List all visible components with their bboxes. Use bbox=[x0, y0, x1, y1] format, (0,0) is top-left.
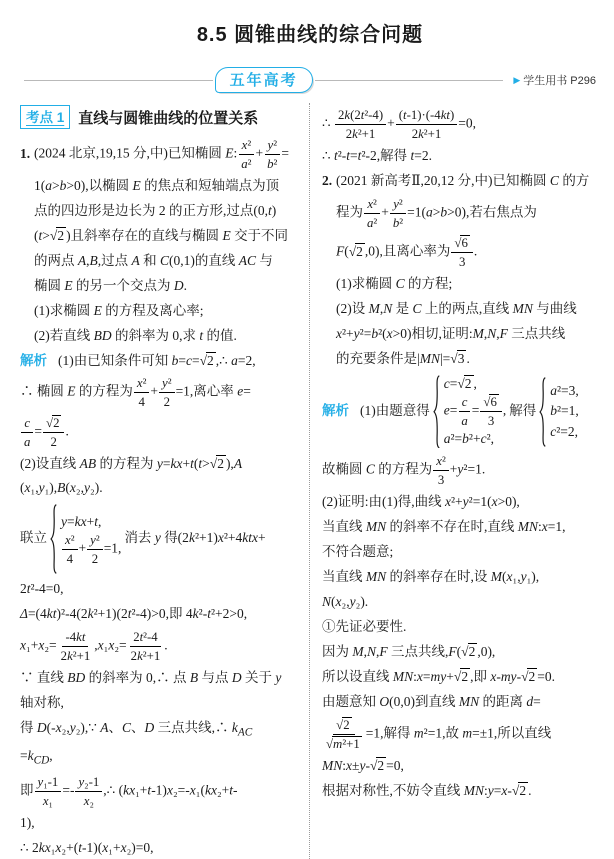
text-line: 当直线 MN 的斜率不存在时,直线 MN:x=1, bbox=[322, 517, 600, 538]
student-book-ref: ▶ 学生用书 P296 bbox=[513, 72, 596, 88]
student-book-ref-text: 学生用书 P296 bbox=[523, 72, 596, 88]
text-line: 1(a>b>0),以椭圆 E 的焦点和短轴端点为顶 bbox=[20, 176, 299, 197]
square-root: √2 bbox=[46, 416, 61, 431]
square-root: √2 bbox=[336, 718, 351, 733]
brace-icon bbox=[539, 377, 546, 447]
equation-system: y=kx+t,x²4+y²2=1, bbox=[50, 503, 121, 575]
square-root: √2 bbox=[521, 669, 537, 685]
text-line: 解析(1)由题意得c=√2,e=ca=√63,a²=b²+c²,解得a²=3,b… bbox=[322, 374, 600, 450]
brace-icon bbox=[433, 375, 440, 449]
text-line: ca=√22. bbox=[20, 415, 299, 450]
fraction: √63 bbox=[451, 235, 472, 270]
square-root: √2 bbox=[349, 244, 365, 260]
text-line: 联立y=kx+t,x²4+y²2=1,消去 y 得(2k²+1)x²+4ktx+ bbox=[20, 503, 299, 575]
text-line: (2)设直线 AB 的方程为 y=kx+t(t>√2),A bbox=[20, 454, 299, 475]
text-line: 程为x²a²+y²b²=1(a>b>0),若右焦点为 bbox=[322, 196, 600, 231]
square-root: √6 bbox=[454, 236, 469, 251]
square-root: √2 bbox=[457, 376, 473, 392]
square-root: √m²+1 bbox=[326, 737, 362, 752]
square-root: √2 bbox=[461, 644, 477, 660]
equation-system: a²=3,b²=1,c²=2, bbox=[539, 376, 579, 448]
square-root: √2 bbox=[370, 758, 386, 774]
text-line: 解析(1)由已知条件可知 b=c=√2,∴ a=2, bbox=[20, 351, 299, 372]
fraction: y²b² bbox=[390, 196, 406, 231]
jiexi-label: 解析 bbox=[20, 353, 47, 368]
text-line: (1)求椭圆 E 的方程及离心率; bbox=[20, 301, 299, 322]
text-line: 得 D(-x₂,y₂),∵ A、C、D 三点共线,∴ kAC bbox=[20, 718, 299, 742]
square-root: √2 bbox=[210, 456, 226, 472]
text-line: ∴ t²-t=t²-2,解得 t=2. bbox=[322, 146, 600, 167]
fraction: √63 bbox=[480, 394, 501, 429]
text-line: 2.(2021 新高考Ⅱ,20,12 分,中)已知椭圆 C 的方 bbox=[322, 171, 600, 192]
text-line: 即y₁-1x₁=-y₂-1x₂,∴ (kx₁+t-1)x₂=-x₁(kx₂+t- bbox=[20, 774, 299, 809]
text-line: ∴ 2k(2t²-4)2k²+1+(t-1)·(-4kt)2k²+1=0, bbox=[322, 107, 600, 142]
text-line: N(x₂,y₂). bbox=[322, 592, 600, 613]
square-root: √2 bbox=[50, 228, 66, 244]
fraction: 2t²-42k²+1 bbox=[128, 629, 164, 664]
fraction: x²a² bbox=[364, 196, 380, 231]
two-column-layout: 考点 1 直线与圆锥曲线的位置关系 1.(2024 北京,19,15 分,中)已… bbox=[20, 103, 600, 859]
jiexi-label: 解析 bbox=[322, 403, 349, 418]
arrow-icon: ▶ bbox=[513, 75, 520, 86]
text-line: (2)设 M,N 是 C 上的两点,直线 MN 与曲线 bbox=[322, 299, 600, 320]
text-line: ①先证必要性. bbox=[322, 617, 600, 638]
fraction: 2k(2t²-4)2k²+1 bbox=[335, 107, 386, 142]
text-line: 因为 M,N,F 三点共线,F(√2,0), bbox=[322, 642, 600, 663]
fraction: (t-1)·(-4kt)2k²+1 bbox=[396, 107, 458, 142]
text-line: 1), bbox=[20, 813, 299, 834]
text-line: 轴对称, bbox=[20, 693, 299, 714]
text-line: 所以设直线 MN:x=my+√2,即 x-my-√2=0. bbox=[322, 667, 600, 688]
text-line: 的充要条件是|MN|=√3. bbox=[322, 349, 600, 370]
kaodian-header: 考点 1 直线与圆锥曲线的位置关系 bbox=[20, 105, 299, 129]
equation-system: c=√2,e=ca=√63,a²=b²+c², bbox=[433, 374, 506, 450]
text-line: (t>√2)且斜率存在的直线与椭圆 E 交于不同 bbox=[20, 226, 299, 247]
text-line: 根据对称性,不妨令直线 MN:y=x-√2. bbox=[322, 781, 600, 802]
text-line: 的两点 A,B,过点 A 和 C(0,1)的直线 AC 与 bbox=[20, 251, 299, 272]
square-root: √2 bbox=[454, 669, 470, 685]
text-line: ∴ 椭圆 E 的方程为x²4+y²2=1,离心率 e= bbox=[20, 375, 299, 410]
text-line: ∴ 2kx₁x₂+(t-1)(x₁+x₂)=0, bbox=[20, 838, 299, 859]
text-line: F(√2,0),且离心率为√63. bbox=[322, 235, 600, 270]
textbook-page: 8.5 圆锥曲线的综合问题 五年高考 ▶ 学生用书 P296 考点 1 直线与圆… bbox=[0, 0, 614, 859]
page-title: 8.5 圆锥曲线的综合问题 bbox=[20, 18, 600, 47]
fraction: x²4 bbox=[134, 375, 150, 410]
fraction: x²4 bbox=[62, 532, 78, 567]
left-column: 考点 1 直线与圆锥曲线的位置关系 1.(2024 北京,19,15 分,中)已… bbox=[20, 103, 310, 859]
text-line: √2√m²+1=1,解得 m²=1,故 m=±1,所以直线 bbox=[322, 717, 600, 752]
fraction: y²b² bbox=[264, 137, 280, 172]
text-line: 2t²-4=0, bbox=[20, 579, 299, 600]
text-line: 点的四边形是边长为 2 的正方形,过点(0,t) bbox=[20, 201, 299, 222]
square-root: √3 bbox=[450, 351, 466, 367]
fraction: y²2 bbox=[87, 532, 103, 567]
text-line: (1)求椭圆 C 的方程; bbox=[322, 274, 600, 295]
right-column: ∴ 2k(2t²-4)2k²+1+(t-1)·(-4kt)2k²+1=0,∴ t… bbox=[310, 103, 600, 859]
section-banner: 五年高考 ▶ 学生用书 P296 bbox=[24, 67, 596, 93]
fraction: √22 bbox=[43, 415, 64, 450]
text-line: MN:x±y-√2=0, bbox=[322, 756, 600, 777]
problem-number: 1. bbox=[20, 144, 34, 165]
banner-rule-left bbox=[24, 80, 213, 81]
problem-number: 2. bbox=[322, 171, 336, 192]
text-line: 由题意知 O(0,0)到直线 MN 的距离 d= bbox=[322, 692, 600, 713]
text-line: =kCD, bbox=[20, 746, 299, 770]
brace-icon bbox=[50, 504, 57, 574]
banner-badge: 五年高考 bbox=[215, 67, 313, 93]
text-line: (2)证明:由(1)得,曲线 x²+y²=1(x>0), bbox=[322, 492, 600, 513]
fraction: y²2 bbox=[159, 375, 175, 410]
banner-rule-right bbox=[315, 80, 504, 81]
text-line: ∵ 直线 BD 的斜率为 0,∴ 点 B 与点 D 关于 y bbox=[20, 668, 299, 689]
fraction: ca bbox=[458, 394, 470, 429]
text-line: x₁+x₂=-4kt2k²+1,x₁x₂=2t²-42k²+1. bbox=[20, 629, 299, 664]
square-root: √2 bbox=[512, 783, 528, 799]
kaodian-tag: 考点 1 bbox=[20, 105, 70, 129]
text-line: 1.(2024 北京,19,15 分,中)已知椭圆 E:x²a²+y²b²= bbox=[20, 137, 299, 172]
text-line: 故椭圆 C 的方程为x²3+y²=1. bbox=[322, 453, 600, 488]
fraction: y₁-1x₁ bbox=[35, 774, 62, 809]
text-line: (x₁,y₁),B(x₂,y₂). bbox=[20, 478, 299, 499]
text-line: 不符合题意; bbox=[322, 542, 600, 563]
square-root: √2 bbox=[200, 353, 216, 369]
fraction: x²3 bbox=[433, 453, 449, 488]
fraction: x²a² bbox=[238, 137, 254, 172]
text-line: 椭圆 E 的另一个交点为 D. bbox=[20, 276, 299, 297]
fraction: -4kt2k²+1 bbox=[58, 629, 94, 664]
text-line: (2)若直线 BD 的斜率为 0,求 t 的值. bbox=[20, 326, 299, 347]
fraction: y₂-1x₂ bbox=[75, 774, 102, 809]
kaodian-title: 直线与圆锥曲线的位置关系 bbox=[78, 107, 258, 128]
text-line: 当直线 MN 的斜率存在时,设 M(x₁,y₁), bbox=[322, 567, 600, 588]
square-root: √6 bbox=[483, 395, 498, 410]
text-line: x²+y²=b²(x>0)相切,证明:M,N,F 三点共线 bbox=[322, 324, 600, 345]
text-line: Δ=(4kt)²-4(2k²+1)(2t²-4)>0,即 4k²-t²+2>0, bbox=[20, 604, 299, 625]
fraction: √2√m²+1 bbox=[323, 717, 365, 752]
fraction: ca bbox=[21, 415, 33, 450]
